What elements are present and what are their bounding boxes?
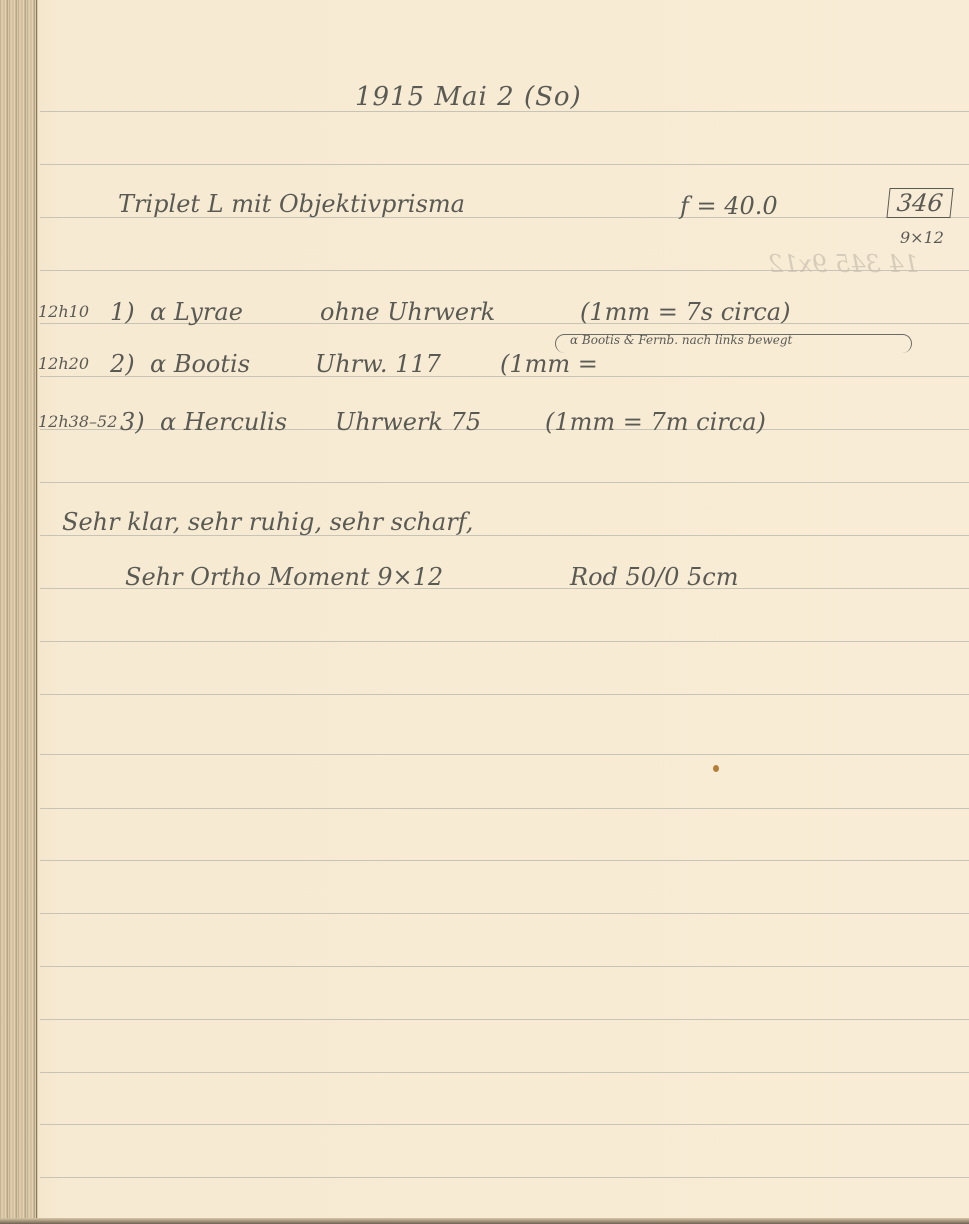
ruled-line [40, 694, 969, 695]
plate-number: 346 [896, 189, 945, 217]
paper-stain [713, 765, 719, 772]
ruled-line [40, 1019, 969, 1020]
observation-note: (1mm = 7s circa) [580, 298, 790, 326]
observation-target: α Bootis [150, 350, 250, 378]
ruled-line [40, 164, 969, 165]
notebook-page: 1915 Mai 2 (So) Triplet L mit Objektivpr… [0, 0, 969, 1224]
ruled-line [40, 754, 969, 755]
observation-target: α Herculis [160, 408, 287, 436]
ruled-line [40, 1177, 969, 1178]
focal-length: f = 40.0 [680, 192, 778, 220]
remark-conditions: Sehr klar, sehr ruhig, sehr scharf, [62, 508, 473, 536]
observation-note: (1mm = [500, 350, 598, 378]
observation-time: 12h38–52 [38, 412, 117, 431]
ruled-line [40, 482, 969, 483]
observation-target: α Lyrae [150, 298, 243, 326]
observation-time: 12h20 [38, 354, 89, 373]
observation-time: 12h10 [38, 302, 89, 321]
observation-clockwork: Uhrw. 117 [315, 350, 441, 378]
ruled-line [40, 1124, 969, 1125]
ruled-line [40, 966, 969, 967]
ruled-line [40, 1072, 969, 1073]
page-stack-edges [0, 0, 38, 1224]
plate-number-box: 346 [886, 188, 953, 218]
observation-clockwork: ohne Uhrwerk [320, 298, 495, 326]
observation-index: 1) [110, 298, 135, 326]
observation-index: 3) [120, 408, 145, 436]
entry-date: 1915 Mai 2 (So) [355, 82, 582, 112]
ruled-line [40, 808, 969, 809]
remark-exposure: Rod 50/0 5cm [570, 563, 739, 591]
observation-note: (1mm = 7m circa) [545, 408, 766, 436]
observation-annotation: α Bootis & Fernb. nach links bewegt [570, 333, 792, 347]
observation-clockwork: Uhrwerk 75 [335, 408, 481, 436]
ruled-line [40, 641, 969, 642]
ruled-line [40, 860, 969, 861]
bleed-through-text: 14 345 9x12 [768, 250, 919, 278]
instrument-description: Triplet L mit Objektivprisma [118, 190, 465, 218]
page-bottom-edge [0, 1218, 969, 1224]
remark-plate: Sehr Ortho Moment 9×12 [125, 563, 443, 591]
ruled-line [40, 913, 969, 914]
observation-index: 2) [110, 350, 135, 378]
plate-format: 9×12 [900, 228, 944, 247]
page-margin-edge [36, 0, 37, 1224]
